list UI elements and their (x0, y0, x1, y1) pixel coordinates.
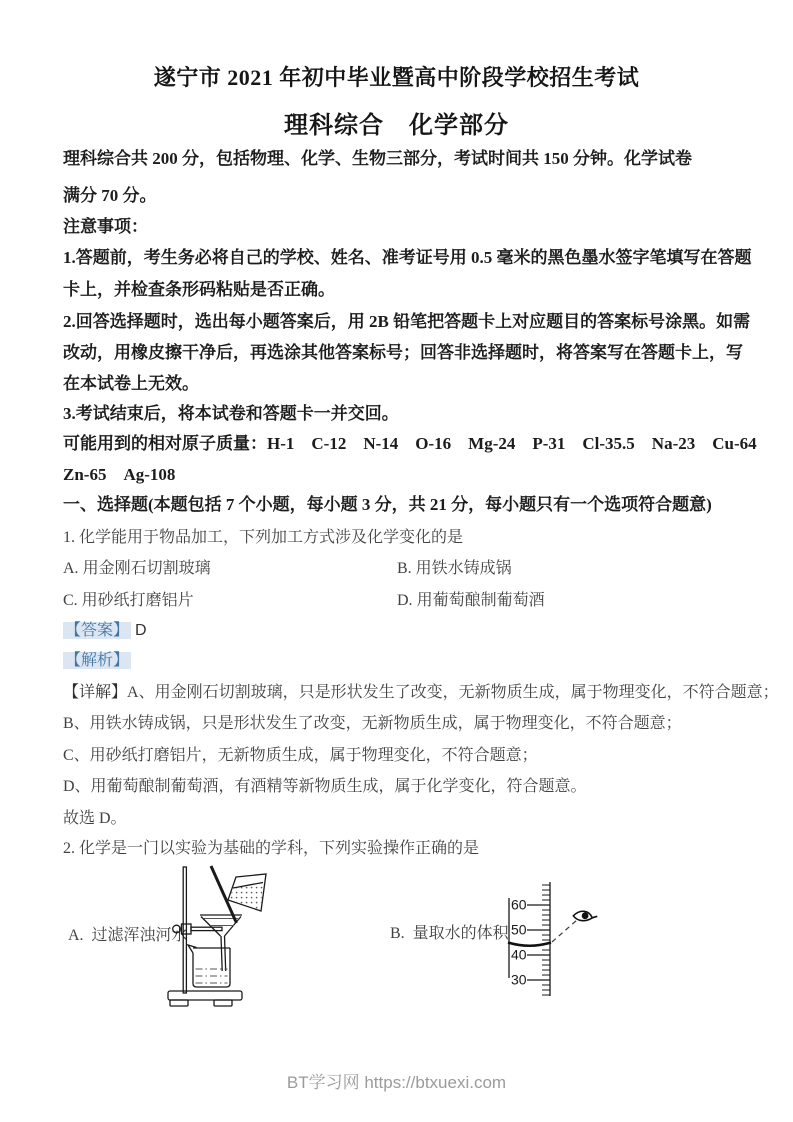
funnel-cone-left (201, 917, 221, 937)
note-2-line: 改动，用橡皮擦干净后，再选涂其他答案标号；回答非选择题时，将答案写在答题卡上，写 (63, 342, 743, 363)
funnel-stem (221, 936, 222, 971)
scale-label-60: 60 (511, 897, 527, 913)
stand-foot (214, 1000, 232, 1006)
analysis-tag: 【解析】 (63, 652, 131, 669)
q2-option-b-label: B. 量取水的体积 (390, 924, 509, 944)
q1-option-c: C. 用砂纸打磨铝片 (63, 591, 194, 611)
q1-detail-line: B、用铁水铸成锅，只是形状发生了改变，无新物质生成，属于物理变化，不符合题意； (63, 714, 682, 734)
question-2-stem: 2. 化学是一门以实验为基础的学科，下列实验操作正确的是 (63, 839, 479, 859)
atomic-mass-line: 可能用到的相对原子质量：H-1 C-12 N-14 O-16 Mg-24 P-3… (63, 433, 757, 454)
beaker-spout (188, 945, 197, 953)
option-text: 用铁水铸成锅 (416, 560, 512, 577)
funnel-stem (225, 936, 226, 971)
minor-ticks (542, 885, 550, 995)
answer-tag: 【答案】 (63, 622, 131, 639)
q1-conclusion: 故选 D。 (63, 809, 127, 829)
q1-option-d: D. 用葡萄酿制葡萄酒 (397, 591, 545, 611)
sight-line (552, 920, 577, 942)
note-2-line: 在本试卷上无效。 (63, 373, 199, 394)
note-1-line: 1.答题前，考生务必将自己的学校、姓名、准考证号用 0.5 毫米的黑色墨水签字笔… (63, 247, 752, 268)
note-1-line: 卡上，并检查条形码粘贴是否正确。 (63, 279, 335, 300)
option-label: D. (397, 592, 413, 609)
filtration-apparatus-figure (160, 861, 295, 1013)
page-title: 遂宁市 2021 年初中毕业暨高中阶段学校招生考试 (0, 64, 793, 92)
note-3: 3.考试结束后，将本试卷和答题卡一并交回。 (63, 403, 399, 424)
note-2-line: 2.回答选择题时，选出每小题答案后，用 2B 铅笔把答题卡上对应题目的答案标号涂… (63, 311, 750, 332)
receiving-beaker (193, 948, 230, 987)
option-text: 用金刚石切割玻璃 (83, 560, 211, 577)
q1-detail-line: 【详解】A、用金刚石切割玻璃，只是形状发生了改变，无新物质生成，属于物理变化，不… (63, 683, 779, 703)
option-text: 用砂纸打磨铝片 (82, 592, 194, 609)
scale-label-30: 30 (511, 972, 527, 988)
intro-line: 理科综合共 200 分，包括物理、化学、生物三部分，考试时间共 150 分钟。化… (63, 148, 692, 169)
option-text: 用葡萄酿制葡萄酒 (417, 592, 545, 609)
scale-label-40: 40 (511, 947, 527, 963)
stand-base (168, 991, 242, 1000)
eye-icon (573, 909, 598, 923)
detail-tag: 【详解】 (63, 684, 127, 701)
exam-document-page: 遂宁市 2021 年初中毕业暨高中阶段学校招生考试 理科综合 化学部分 理科综合… (0, 0, 793, 1122)
clamp-thumbscrew (173, 925, 181, 933)
q1-answer-row: 【答案】D (63, 621, 147, 641)
q1-option-b: B. 用铁水铸成锅 (397, 559, 512, 579)
atomic-mass-line: Zn-65 Ag-108 (63, 464, 175, 485)
scale-label-50: 50 (511, 922, 527, 938)
watermark: BT学习网 https://btxuexi.com (0, 1072, 793, 1093)
stand-rod (183, 867, 186, 993)
water-meniscus (508, 943, 551, 946)
q1-detail-line: D、用葡萄酿制葡萄酒，有酒精等新物质生成，属于化学变化，符合题意。 (63, 777, 587, 797)
stand-foot (170, 1000, 188, 1006)
clamp-arm (191, 927, 222, 930)
page-subtitle: 理科综合 化学部分 (0, 111, 793, 141)
section-heading: 一、选择题(本题包括 7 个小题，每小题 3 分，共 21 分，每小题只有一个选… (63, 494, 712, 515)
q1-option-a: A. 用金刚石切割玻璃 (63, 559, 211, 579)
answer-value: D (131, 622, 147, 639)
q1-detail-line: C、用砂纸打磨铝片，无新物质生成，属于物理变化，不符合题意； (63, 746, 538, 766)
option-label: B. (397, 560, 412, 577)
option-label: C. (63, 592, 78, 609)
q1-analysis-row: 【解析】 (63, 651, 131, 671)
question-1-stem: 1. 化学能用于物品加工，下列加工方式涉及化学变化的是 (63, 528, 463, 548)
graduated-cylinder-figure: 60 50 40 30 (505, 878, 630, 1003)
detail-text: A、用金刚石切割玻璃，只是形状发生了改变，无新物质生成，属于物理变化，不符合题意… (127, 684, 779, 701)
option-label: A. (63, 560, 79, 577)
intro-line: 满分 70 分。 (63, 185, 157, 206)
funnel-cone-right (225, 917, 242, 937)
notes-heading: 注意事项： (63, 216, 148, 237)
